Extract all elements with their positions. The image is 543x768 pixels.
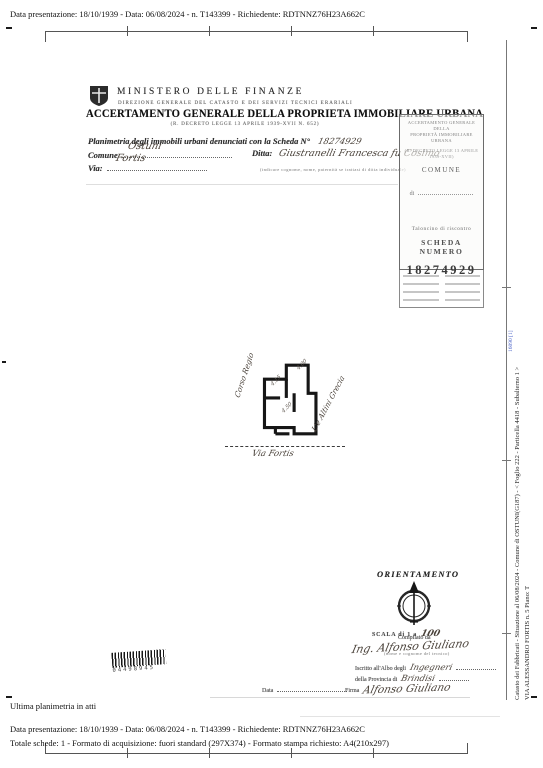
floor-plan-drawing — [252, 352, 330, 447]
ditta-label: Ditta: — [252, 148, 272, 158]
scanned-cadastral-document-page: { "header_bar": { "text": "Data presenta… — [0, 0, 543, 768]
firma-row: Firma Alfonso Giuliano — [345, 679, 451, 697]
crop-mark-top-right — [531, 27, 537, 29]
stamp-di-row: di — [400, 182, 483, 200]
ministry-direction-line: DIREZIONE GENERALE DEL CATASTO E DEI SER… — [118, 101, 353, 106]
stamp-header-line3: (R. DECRETO LEGGE 13 APRILE 1939-XVII) — [400, 148, 483, 160]
side-cadastre-line2: VIA ALESSANDRO FORTIS n. 5 Piano: T — [523, 367, 533, 700]
side-cadastre-text: Catasto dei Fabbricati - Situazione al 0… — [513, 367, 532, 700]
side-watermark-id: 16090 [1] — [508, 330, 514, 352]
form-row-via: Via: — [88, 158, 207, 176]
firma-label: Firma — [345, 688, 359, 694]
top-meta-line: Data presentazione: 18/10/1939 - Data: 0… — [10, 9, 365, 19]
stamp-comune-label: COMUNE — [400, 166, 483, 174]
data-label: Data — [262, 688, 273, 694]
stamp-scheda-label: SCHEDA NUMERO — [400, 238, 483, 256]
crop-mark-bottom-left — [6, 696, 12, 698]
ditta-footnote: (indicare cognome, nome, paternità se tr… — [258, 167, 408, 172]
stamp-header-line1: ACCERTAMENTO GENERALE DELLA — [400, 120, 483, 132]
ministry-name: MINISTERO DELLE FINANZE — [117, 87, 304, 97]
stamp-smallprint-row1 — [400, 272, 483, 280]
via-handwritten: Fortis — [115, 153, 147, 164]
side-cadastre-line1: Catasto dei Fabbricati - Situazione al 0… — [513, 367, 523, 700]
scan-bottom-edge-line — [210, 697, 470, 698]
crop-mark-top-left — [6, 27, 12, 29]
scan-bottom-edge-line2 — [300, 716, 500, 717]
north-arrow-icon — [409, 581, 419, 625]
stamp-smallprint-box — [399, 270, 484, 308]
ministry-emblem-icon — [88, 84, 110, 107]
comune-handwritten: Ostuni — [127, 141, 163, 152]
via-label: Via: — [88, 163, 103, 173]
data-fill-line — [277, 682, 347, 692]
document-subtitle: (R. DECRETO LEGGE 13 APRILE 1939-XVII N.… — [150, 122, 340, 127]
stamp-taloncino-label: Taloncino di riscontro — [400, 226, 483, 232]
footer-meta-line: Data presentazione: 18/10/1939 - Data: 0… — [10, 724, 365, 734]
plan-street-label: Via Fortis — [251, 449, 295, 459]
stamp-smallprint-row3 — [400, 288, 483, 296]
stamp-header-line2: PROPRIETÀ IMMOBILIARE URBANA — [400, 132, 483, 144]
data-row: Data — [262, 679, 347, 697]
orientation-compass — [392, 580, 436, 626]
street-dashed-line — [225, 446, 345, 447]
footer-ultima-line: Ultima planimetria in atti — [10, 701, 96, 711]
firma-signature-handwritten: Alfonso Giuliano — [362, 681, 452, 696]
stamp-di-fill-line — [418, 185, 473, 195]
stamp-smallprint-row4 — [400, 296, 483, 304]
crop-mark-left-middle — [2, 361, 6, 363]
barcode: 04498945 — [111, 649, 166, 674]
compilato-footnote: (nome e cognome del tecnico) — [384, 651, 450, 656]
footer-format-line: Totale schede: 1 - Formato di acquisizio… — [10, 738, 389, 748]
scheda-stamp-box: ACCERTAMENTO GENERALE DELLA PROPRIETÀ IM… — [399, 114, 484, 270]
stamp-di-label: di — [410, 191, 415, 197]
stamp-smallprint-row2 — [400, 280, 483, 288]
orientation-title: ORIENTAMENTO — [377, 569, 459, 579]
header-separator-line — [86, 184, 398, 185]
